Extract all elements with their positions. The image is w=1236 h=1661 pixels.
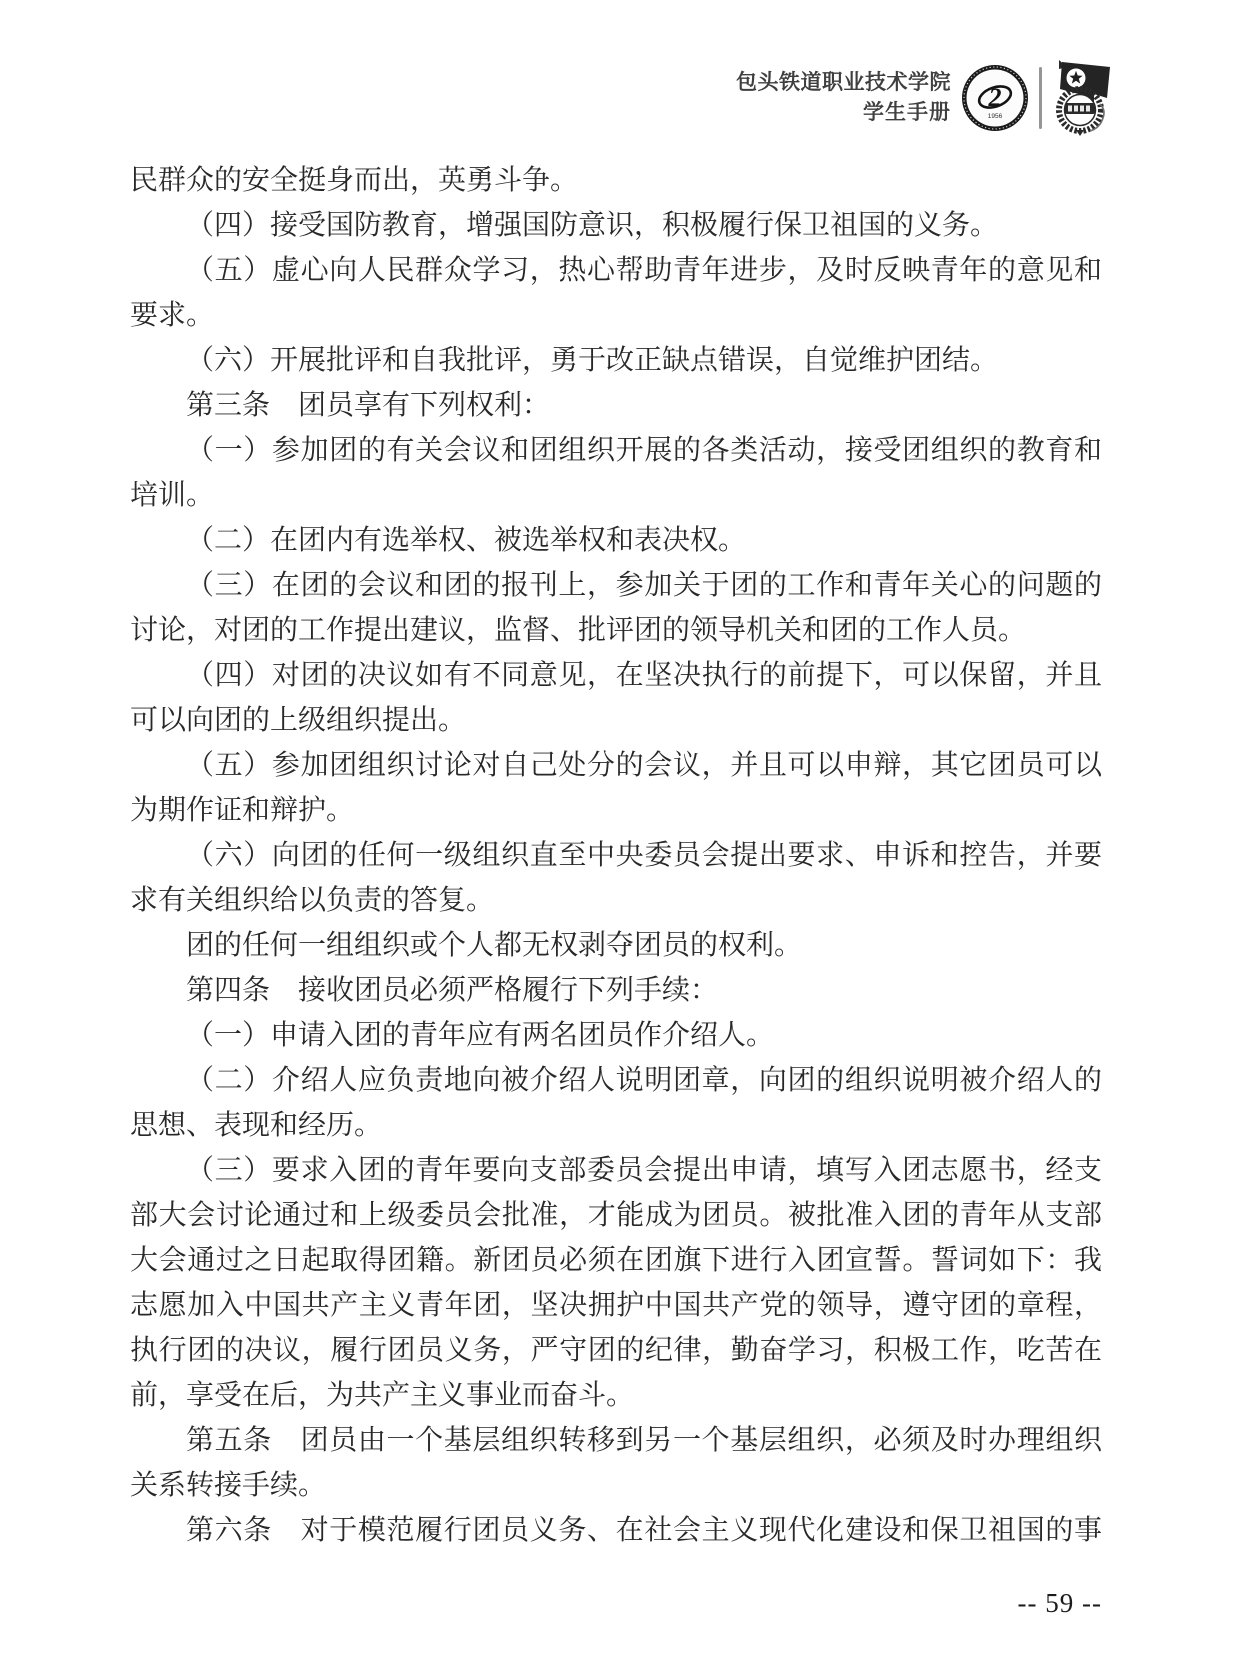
header-logo-divider	[1039, 67, 1042, 129]
body-line: 第五条 团员由一个基层组织转移到另一个基层组织，必须及时办理组织	[130, 1418, 1102, 1463]
body-line: （六）开展批评和自我批评，勇于改正缺点错误，自觉维护团结。	[130, 338, 1102, 383]
header-text-block: 包头铁道职业技术学院 学生手册	[736, 68, 951, 128]
body-line: （五）参加团组织讨论对自己处分的会议，并且可以申辩，其它团员可以	[130, 743, 1102, 788]
body-line: （三）在团的会议和团的报刊上，参加关于团的工作和青年关心的问题的	[130, 563, 1102, 608]
body-line: 关系转接手续。	[130, 1463, 1102, 1508]
body-line: （一）申请入团的青年应有两名团员作介绍人。	[130, 1013, 1102, 1058]
school-name: 包头铁道职业技术学院	[736, 68, 951, 98]
body-line: 讨论，对团的工作提出建议，监督、批评团的领导机关和团的工作人员。	[130, 608, 1102, 653]
body-line: （六）向团的任何一级组织直至中央委员会提出要求、申诉和控告，并要	[130, 833, 1102, 878]
document-body: 民群众的安全挺身而出，英勇斗争。 （四）接受国防教育，增强国防意识，积极履行保卫…	[130, 158, 1102, 1553]
body-line: （三）要求入团的青年要向支部委员会提出申请，填写入团志愿书，经支	[130, 1148, 1102, 1193]
body-line: 志愿加入中国共产主义青年团，坚决拥护中国共产党的领导，遵守团的章程，	[130, 1283, 1102, 1328]
body-line: 第三条 团员享有下列权利：	[130, 383, 1102, 428]
body-line: 民群众的安全挺身而出，英勇斗争。	[130, 158, 1102, 203]
body-line: 思想、表现和经历。	[130, 1103, 1102, 1148]
body-line: 为期作证和辩护。	[130, 788, 1102, 833]
page-number: -- 59 --	[130, 1588, 1102, 1619]
body-line: 前，享受在后，为共产主义事业而奋斗。	[130, 1373, 1102, 1418]
page-header: 包头铁道职业技术学院 学生手册 2 1956	[736, 58, 1112, 138]
body-line: 求有关组织给以负责的答复。	[130, 878, 1102, 923]
body-line: （四）对团的决议如有不同意见，在坚决执行的前提下，可以保留，并且	[130, 653, 1102, 698]
body-line: （二）介绍人应负责地向被介绍人说明团章，向团的组织说明被介绍人的	[130, 1058, 1102, 1103]
body-line: 培训。	[130, 473, 1102, 518]
youth-league-emblem-icon	[1052, 58, 1112, 138]
body-line: 可以向团的上级组织提出。	[130, 698, 1102, 743]
body-line: 第四条 接收团员必须严格履行下列手续：	[130, 968, 1102, 1013]
body-line: （五）虚心向人民群众学习，热心帮助青年进步，及时反映青年的意见和	[130, 248, 1102, 293]
body-line: 执行团的决议，履行团员义务，严守团的纪律，勤奋学习，积极工作，吃苦在	[130, 1328, 1102, 1373]
handbook-page: 包头铁道职业技术学院 学生手册 2 1956	[0, 0, 1236, 1661]
body-line: 部大会讨论通过和上级委员会批准，才能成为团员。被批准入团的青年从支部	[130, 1193, 1102, 1238]
body-line: （一）参加团的有关会议和团组织开展的各类活动，接受团组织的教育和	[130, 428, 1102, 473]
body-line: 第六条 对于模范履行团员义务、在社会主义现代化建设和保卫祖国的事	[130, 1508, 1102, 1553]
college-seal-icon: 2 1956	[961, 63, 1029, 133]
body-line: （四）接受国防教育，增强国防意识，积极履行保卫祖国的义务。	[130, 203, 1102, 248]
seal-year: 1956	[988, 113, 1003, 120]
body-line: （二）在团内有选举权、被选举权和表决权。	[130, 518, 1102, 563]
handbook-title: 学生手册	[736, 98, 951, 128]
body-line: 团的任何一组组织或个人都无权剥夺团员的权利。	[130, 923, 1102, 968]
body-line: 要求。	[130, 293, 1102, 338]
body-line: 大会通过之日起取得团籍。新团员必须在团旗下进行入团宣誓。誓词如下：我	[130, 1238, 1102, 1283]
seal-numeral: 2	[988, 83, 1002, 112]
